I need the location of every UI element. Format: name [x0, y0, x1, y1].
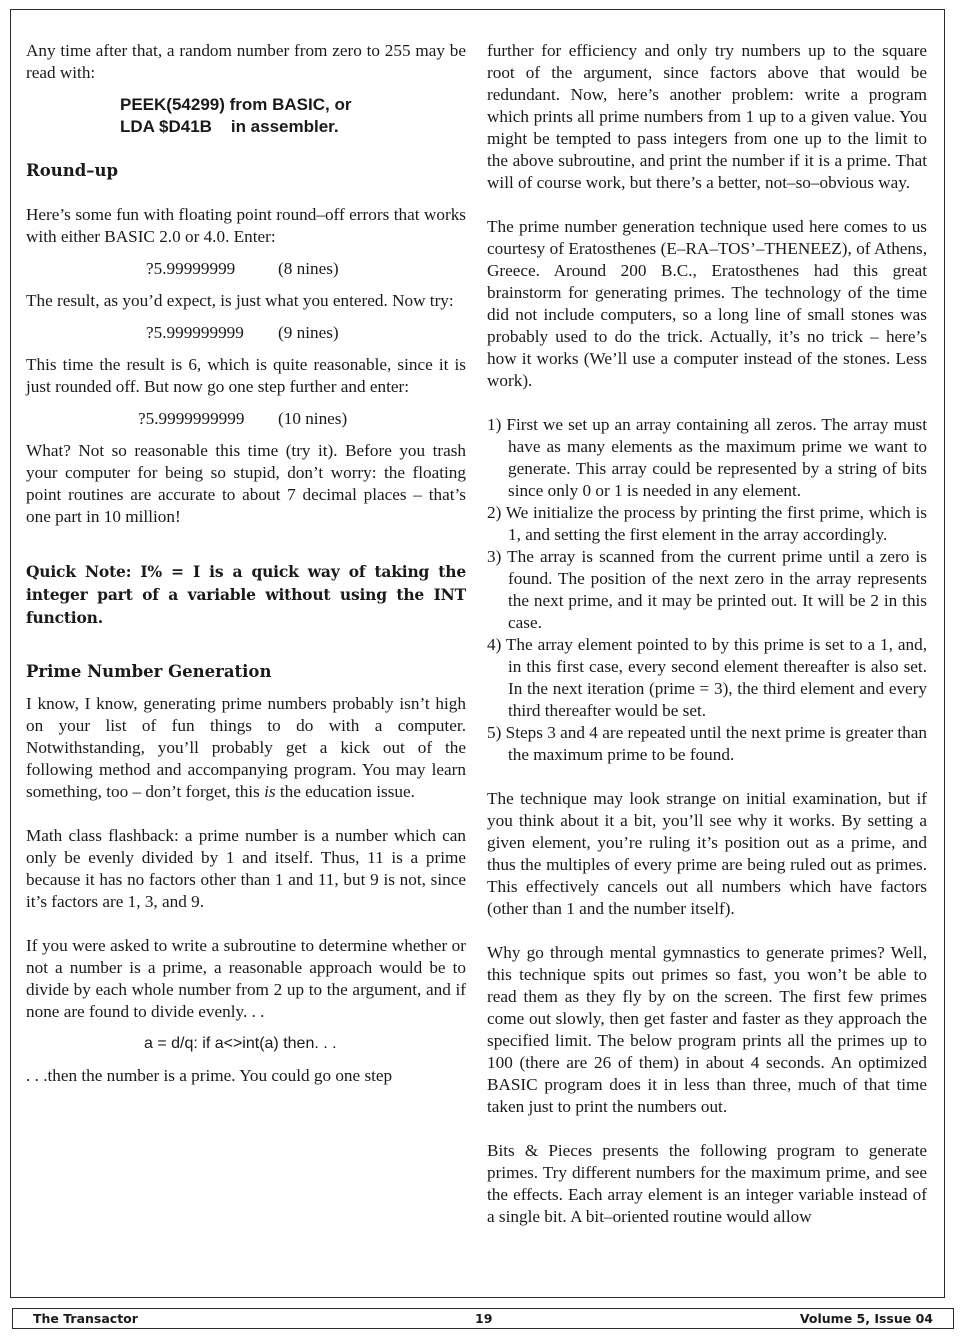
entry-note: (8 nines) — [278, 259, 339, 278]
prime-paragraph-1: I know, I know, generating prime numbers… — [26, 693, 466, 803]
prime-paragraph-2: Math class flashback: a prime number is … — [26, 825, 466, 913]
roundup-paragraph-4: What? Not so reasonable this time (try i… — [26, 440, 466, 528]
quick-note: Quick Note: I% = I is a quick way of tak… — [26, 560, 466, 629]
entry-value: ?5.999999999 — [146, 322, 278, 344]
step-2: 2) We initialize the process by printing… — [487, 502, 927, 546]
publication-name: The Transactor — [33, 1310, 138, 1328]
code-line-basic: PEEK(54299) from BASIC, or — [120, 94, 466, 116]
code-line-assembler: LDA $D41B in assembler. — [120, 116, 466, 138]
entry-example-3: ?5.9999999999(10 nines) — [26, 408, 466, 430]
prime-heading: Prime Number Generation — [26, 661, 466, 683]
prime-paragraph-3: If you were asked to write a subroutine … — [26, 935, 466, 1023]
roundup-paragraph-1: Here’s some fun with floating point roun… — [26, 204, 466, 248]
entry-value: ?5.99999999 — [146, 258, 278, 280]
step-1: 1) First we set up an array containing a… — [487, 414, 927, 502]
entry-value: ?5.9999999999 — [138, 408, 278, 430]
eratosthenes-paragraph: The prime number generation technique us… — [487, 216, 927, 392]
left-column: Any time after that, a random number fro… — [26, 40, 466, 1087]
bits-pieces-paragraph: Bits & Pieces presents the following pro… — [487, 1140, 927, 1228]
page-number: 19 — [475, 1310, 492, 1328]
entry-example-1: ?5.99999999(8 nines) — [26, 258, 466, 280]
step-4: 4) The array element pointed to by this … — [487, 634, 927, 722]
roundup-paragraph-2: The result, as you’d expect, is just wha… — [26, 290, 466, 312]
step-5: 5) Steps 3 and 4 are repeated until the … — [487, 722, 927, 766]
gymnastics-paragraph: Why go through mental gymnastics to gene… — [487, 942, 927, 1118]
page-footer: The Transactor 19 Volume 5, Issue 04 — [12, 1308, 954, 1329]
technique-paragraph: The technique may look strange on initia… — [487, 788, 927, 920]
roundup-heading: Round–up — [26, 160, 466, 182]
issue-label: Volume 5, Issue 04 — [800, 1310, 933, 1328]
right-column: further for efficiency and only try numb… — [487, 40, 927, 1228]
entry-example-2: ?5.999999999(9 nines) — [26, 322, 466, 344]
roundup-paragraph-3: This time the result is 6, which is quit… — [26, 354, 466, 398]
right-paragraph-1: further for efficiency and only try numb… — [487, 40, 927, 194]
intro-paragraph: Any time after that, a random number fro… — [26, 40, 466, 84]
entry-note: (10 nines) — [278, 409, 347, 428]
code-snippet: a = d/q: if a<>int(a) then. . . — [26, 1033, 466, 1055]
entry-note: (9 nines) — [278, 323, 339, 342]
prime-paragraph-4: . . .then the number is a prime. You cou… — [26, 1065, 466, 1087]
step-3: 3) The array is scanned from the current… — [487, 546, 927, 634]
